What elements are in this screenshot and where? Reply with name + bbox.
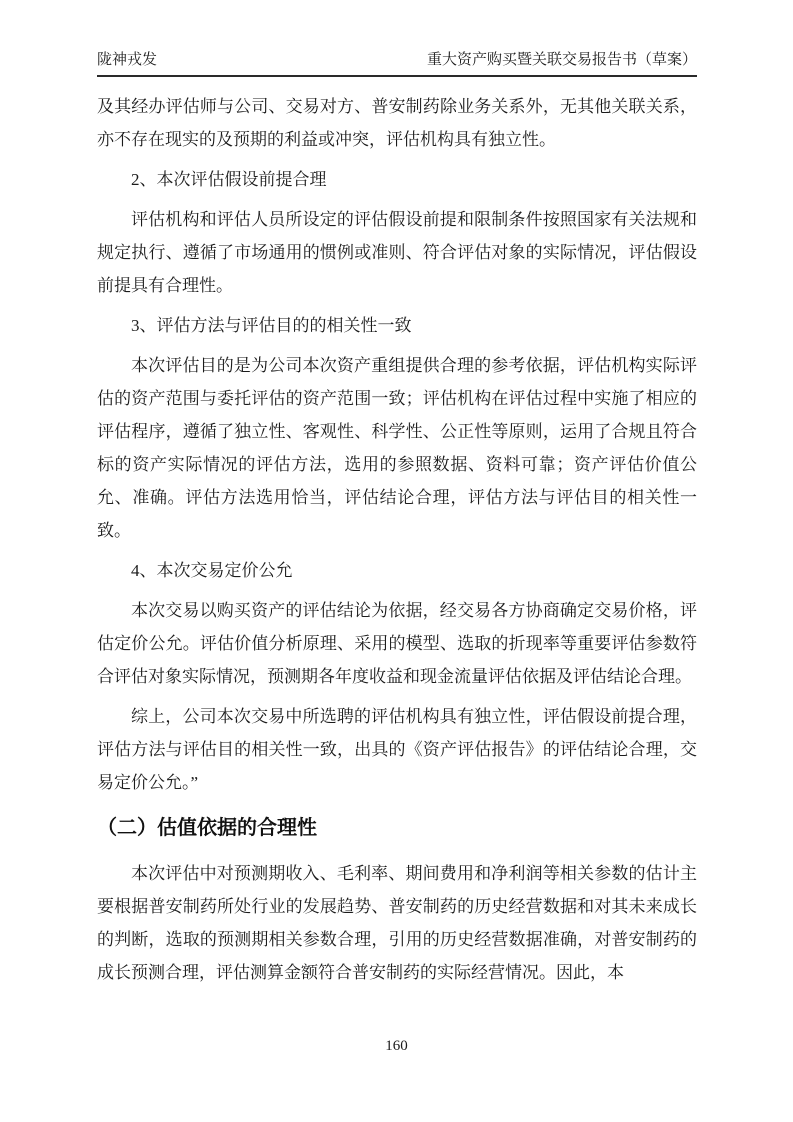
page-footer: 160 <box>0 1038 793 1055</box>
sub-heading-4-fair-pricing: 4、本次交易定价公允 <box>97 554 697 587</box>
page-body: 及其经办评估师与公司、交易对方、普安制药除业务关系外，无其他关联关系，亦不存在现… <box>97 90 697 989</box>
page-header: 陇神戎发 重大资产购买暨关联交易报告书（草案） <box>97 0 697 77</box>
paragraph-valuation-basis: 本次评估中对预测期收入、毛利率、期间费用和净利润等相关参数的估计主要根据普安制药… <box>97 857 697 989</box>
paragraph-continuation-independence: 及其经办评估师与公司、交易对方、普安制药除业务关系外，无其他关联关系，亦不存在现… <box>97 90 697 156</box>
page-number: 160 <box>385 1038 408 1054</box>
section-heading-valuation-basis: （二）估值依据的合理性 <box>97 806 697 850</box>
page-content: 陇神戎发 重大资产购买暨关联交易报告书（草案） 及其经办评估师与公司、交易对方、… <box>97 0 697 989</box>
paragraph-fair-pricing: 本次交易以购买资产的评估结论为依据，经交易各方协商确定交易价格，评估定价公允。评… <box>97 594 697 693</box>
paragraph-method-purpose-consistency: 本次评估目的是为公司本次资产重组提供合理的参考依据，评估机构实际评估的资产范围与… <box>97 349 697 547</box>
sub-heading-2-assumptions: 2、本次评估假设前提合理 <box>97 163 697 196</box>
paragraph-assumptions-reasonable: 评估机构和评估人员所设定的评估假设前提和限制条件按照国家有关法规和规定执行、遵循… <box>97 203 697 302</box>
header-company-name: 陇神戎发 <box>97 51 157 69</box>
sub-heading-3-method-purpose-consistency: 3、评估方法与评估目的的相关性一致 <box>97 309 697 342</box>
paragraph-summary-conclusion: 综上，公司本次交易中所选聘的评估机构具有独立性，评估假设前提合理，评估方法与评估… <box>97 700 697 799</box>
document-page: 陇神戎发 重大资产购买暨关联交易报告书（草案） 及其经办评估师与公司、交易对方、… <box>0 0 793 1122</box>
header-report-title: 重大资产购买暨关联交易报告书（草案） <box>427 51 697 69</box>
